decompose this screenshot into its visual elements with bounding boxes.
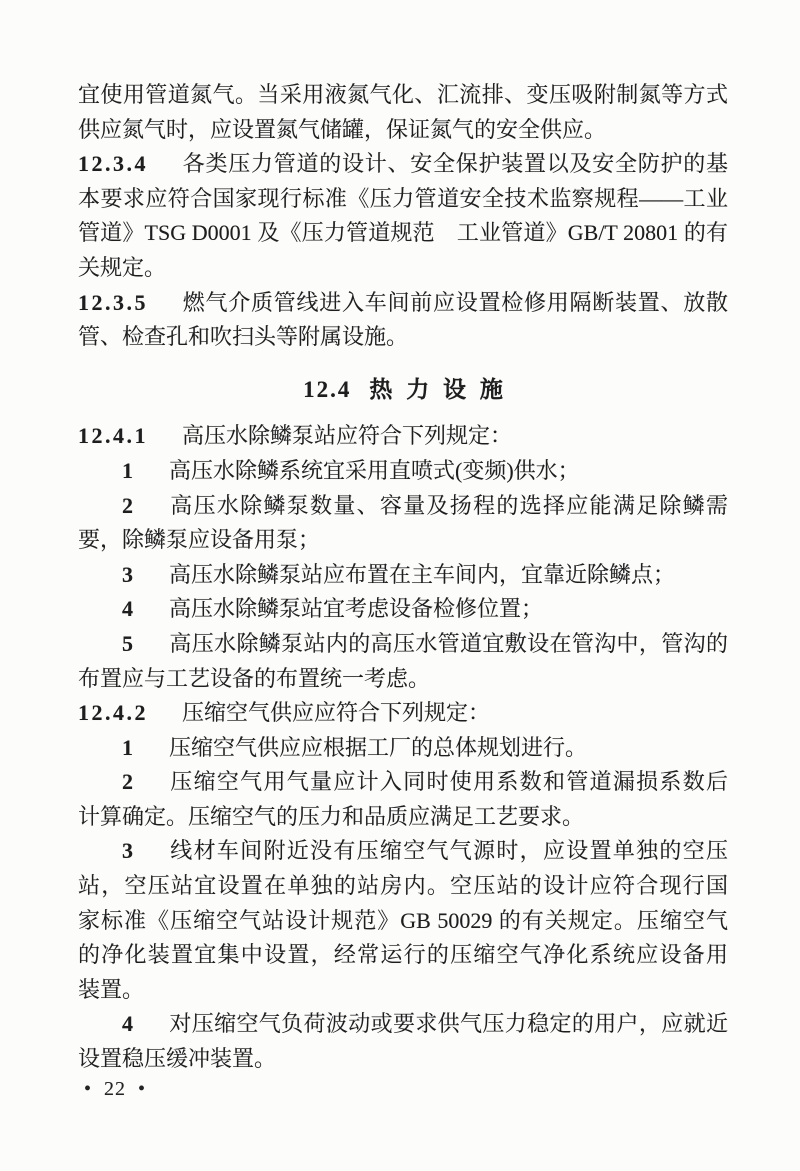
list-item-text: 压缩空气用气量应计入同时使用系数和管道漏损系数后 [169,769,728,794]
body-text: 站，空压站宜设置在单独的站房内。空压站的设计应符合现行国 [78,873,728,898]
body-line: 宜使用管道氮气。当采用液氮气化、汇流排、变压吸附制氮等方式 [78,78,728,113]
list-item-number: 4 [122,1011,133,1036]
body-line: 管道》TSG D0001 及《压力管道规范 工业管道》GB/T 20801 的有 [78,216,728,251]
body-text: 供应氮气时，应设置氮气储罐，保证氮气的安全供应。 [78,117,606,142]
body-line: 设置稳压缓冲装置。 [78,1042,728,1077]
body-line: 关规定。 [78,251,728,286]
clause-number: 12.3.5 [78,290,148,315]
body-text: 宜使用管道氮气。当采用液氮气化、汇流排、变压吸附制氮等方式 [78,82,728,107]
list-item-line: 2高压水除鳞泵数量、容量及扬程的选择应能满足除鳞需 [78,489,728,524]
body-text: 要，除鳞泵应设备用泵； [78,527,320,552]
section-heading-title: 热力设施 [369,377,516,402]
list-item-text: 压缩空气供应应根据工厂的总体规划进行。 [169,735,587,760]
clause-number: 12.3.4 [78,151,148,176]
list-item-number: 3 [122,838,133,863]
list-item-line: 5高压水除鳞泵站内的高压水管道宜敷设在管沟中，管沟的 [78,627,728,662]
body-text: 布置应与工艺设备的布置统一考虑。 [78,666,430,691]
body-text: 装置。 [78,977,144,1002]
body-text: 计算确定。压缩空气的压力和品质应满足工艺要求。 [78,804,584,829]
section-heading: 12.4热力设施 [78,373,728,408]
body-line: 本要求应符合国家现行标准《压力管道安全技术监察规程——工业 [78,182,728,217]
body-line: 供应氮气时，应设置氮气储罐，保证氮气的安全供应。 [78,113,728,148]
list-item-line: 4对压缩空气负荷波动或要求供气压力稳定的用户，应就近 [78,1007,728,1042]
list-item-number: 2 [122,769,133,794]
list-item-line: 3高压水除鳞泵站应布置在主车间内，宜靠近除鳞点； [78,558,728,593]
clause-line: 12.4.1高压水除鳞泵站应符合下列规定： [78,419,728,454]
list-item-text: 线材车间附近没有压缩空气气源时，应设置单独的空压 [169,838,728,863]
list-item-line: 1压缩空气供应应根据工厂的总体规划进行。 [78,731,728,766]
body-line: 站，空压站宜设置在单独的站房内。空压站的设计应符合现行国 [78,869,728,904]
body-line: 家标准《压缩空气站设计规范》GB 50029 的有关规定。压缩空气 [78,904,728,939]
clause-text: 压缩空气供应应符合下列规定： [182,700,490,725]
list-item-number: 1 [122,458,133,483]
document-page: 宜使用管道氮气。当采用液氮气化、汇流排、变压吸附制氮等方式供应氮气时，应设置氮气… [0,0,800,1171]
list-item-text: 高压水除鳞泵站应布置在主车间内，宜靠近除鳞点； [169,562,675,587]
list-item-line: 1高压水除鳞系统宜采用直喷式(变频)供水； [78,454,728,489]
body-text: 本要求应符合国家现行标准《压力管道安全技术监察规程——工业 [78,186,728,211]
page-number: • 22 • [84,1078,146,1101]
clause-line: 12.3.5燃气介质管线进入车间前应设置检修用隔断装置、放散 [78,286,728,321]
body-text: 设置稳压缓冲装置。 [78,1046,276,1071]
list-item-number: 2 [122,493,133,518]
list-item-text: 高压水除鳞泵数量、容量及扬程的选择应能满足除鳞需 [169,493,728,518]
body-text: 关规定。 [78,255,166,280]
body-line: 布置应与工艺设备的布置统一考虑。 [78,662,728,697]
clause-text: 高压水除鳞泵站应符合下列规定： [182,423,512,448]
body-line: 装置。 [78,973,728,1008]
body-line: 计算确定。压缩空气的压力和品质应满足工艺要求。 [78,800,728,835]
clause-number: 12.4.2 [78,700,148,725]
list-item-number: 5 [122,631,133,656]
section-heading-number: 12.4 [303,377,351,402]
body-text: 管道》TSG D0001 及《压力管道规范 工业管道》GB/T 20801 的有 [78,220,728,245]
list-item-line: 3线材车间附近没有压缩空气气源时，应设置单独的空压 [78,834,728,869]
list-item-number: 4 [122,596,133,621]
list-item-text: 高压水除鳞泵站内的高压水管道宜敷设在管沟中，管沟的 [169,631,728,656]
clause-line: 12.4.2压缩空气供应应符合下列规定： [78,696,728,731]
clause-text: 燃气介质管线进入车间前应设置检修用隔断装置、放散 [182,290,728,315]
list-item-line: 2压缩空气用气量应计入同时使用系数和管道漏损系数后 [78,765,728,800]
text-block: 宜使用管道氮气。当采用液氮气化、汇流排、变压吸附制氮等方式供应氮气时，应设置氮气… [78,78,728,1077]
body-line: 要，除鳞泵应设备用泵； [78,523,728,558]
body-text: 家标准《压缩空气站设计规范》GB 50029 的有关规定。压缩空气 [78,908,728,933]
list-item-text: 对压缩空气负荷波动或要求供气压力稳定的用户，应就近 [169,1011,728,1036]
list-item-text: 高压水除鳞泵站宜考虑设备检修位置； [169,596,543,621]
body-text: 的净化装置宜集中设置，经常运行的压缩空气净化系统应设备用 [78,942,728,967]
body-text: 管、检查孔和吹扫头等附属设施。 [78,324,408,349]
list-item-line: 4高压水除鳞泵站宜考虑设备检修位置； [78,592,728,627]
list-item-number: 3 [122,562,133,587]
body-line: 管、检查孔和吹扫头等附属设施。 [78,320,728,355]
list-item-text: 高压水除鳞系统宜采用直喷式(变频)供水； [169,458,580,483]
clause-text: 各类压力管道的设计、安全保护装置以及安全防护的基 [182,151,728,176]
clause-line: 12.3.4各类压力管道的设计、安全保护装置以及安全防护的基 [78,147,728,182]
clause-number: 12.4.1 [78,423,148,448]
body-line: 的净化装置宜集中设置，经常运行的压缩空气净化系统应设备用 [78,938,728,973]
list-item-number: 1 [122,735,133,760]
